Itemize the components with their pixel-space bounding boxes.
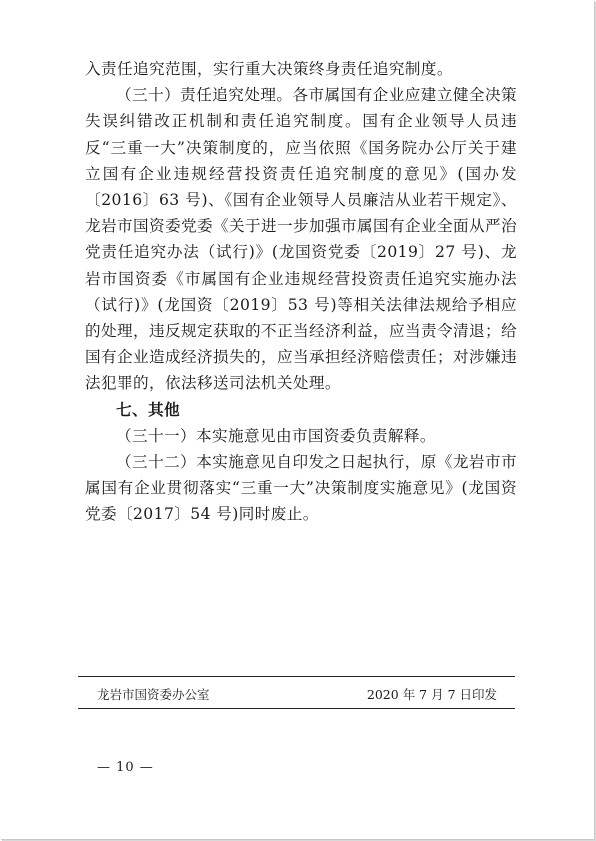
issuer-name: 龙岩市国资委办公室 xyxy=(97,685,210,703)
document-body: 入责任追究范围，实行重大决策终身责任追究制度。 （三十）责任追究处理。各市属国有… xyxy=(85,56,517,528)
section-heading-other: 七、其他 xyxy=(85,397,517,423)
issue-date: 2020 年 7 月 7 日印发 xyxy=(367,685,497,703)
page-number: — 10 — xyxy=(97,760,154,775)
document-page: 入责任追究范围，实行重大决策终身责任追究制度。 （三十）责任追究处理。各市属国有… xyxy=(0,0,594,839)
paragraph-continuation: 入责任追究范围，实行重大决策终身责任追究制度。 xyxy=(85,56,517,82)
issuance-footer: 龙岩市国资委办公室 2020 年 7 月 7 日印发 xyxy=(78,676,515,709)
paragraph-article-30: （三十）责任追究处理。各市属国有企业应建立健全决策失误纠错改正机制和责任追究制度… xyxy=(85,82,517,396)
paragraph-article-32: （三十二）本实施意见自印发之日起执行，原《龙岩市市属国有企业贯彻落实“三重一大”… xyxy=(85,449,517,528)
paragraph-article-31: （三十一）本实施意见由市国资委负责解释。 xyxy=(85,423,517,449)
